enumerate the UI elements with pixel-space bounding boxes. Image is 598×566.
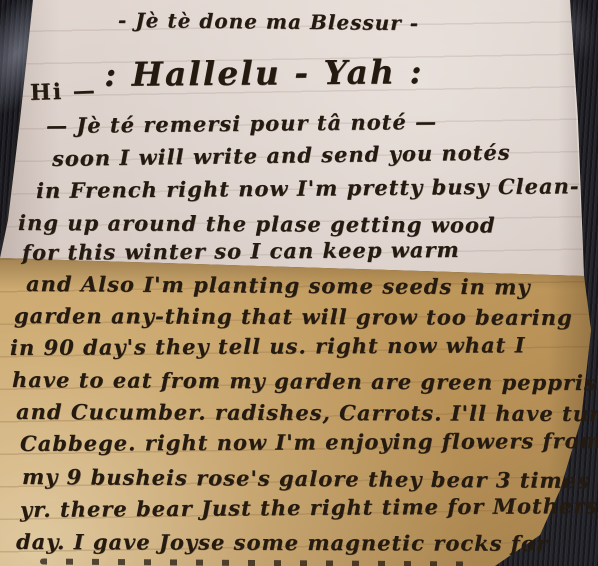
letter-opening-line: - Jè tè done ma Blessur -: [118, 8, 419, 35]
handwritten-line: in 90 day's they tell us. right now what…: [10, 332, 526, 360]
handwritten-line: day. I gave Joyse some magnetic rocks fo…: [16, 529, 548, 556]
handwritten-line: have to eat from my garden are green pep…: [12, 367, 597, 395]
handwritten-line: garden any-thing that will grow too bear…: [14, 303, 573, 330]
handwritten-line: yr. there bear Just the right time for M…: [20, 493, 598, 522]
handwritten-line: and Also I'm planting some seeds in my: [26, 271, 531, 300]
photo-of-handwritten-letter: - Jè tè done ma Blessur - Hi — : Hallelu…: [0, 0, 598, 566]
handwritten-line: — Jè té remersi pour tâ noté —: [46, 109, 437, 138]
letter-heading: : Hallelu - Yah :: [104, 52, 424, 94]
handwritten-line: my 9 busheis rose's galore they bear 3 t…: [22, 464, 598, 493]
handwritten-line: ing up around the plase getting wood: [18, 210, 496, 238]
handwritten-line: in French right now I'm pretty busy Clea…: [36, 173, 580, 203]
handwritten-line: and Cucumber. radishes, Carrots. I'll ha…: [16, 399, 598, 426]
handwritten-line: for this winter so I can keep warm: [22, 237, 460, 265]
handwritten-line: Cabbege. right now I'm enjoying flowers …: [20, 428, 598, 456]
letter-greeting: Hi —: [30, 78, 98, 106]
